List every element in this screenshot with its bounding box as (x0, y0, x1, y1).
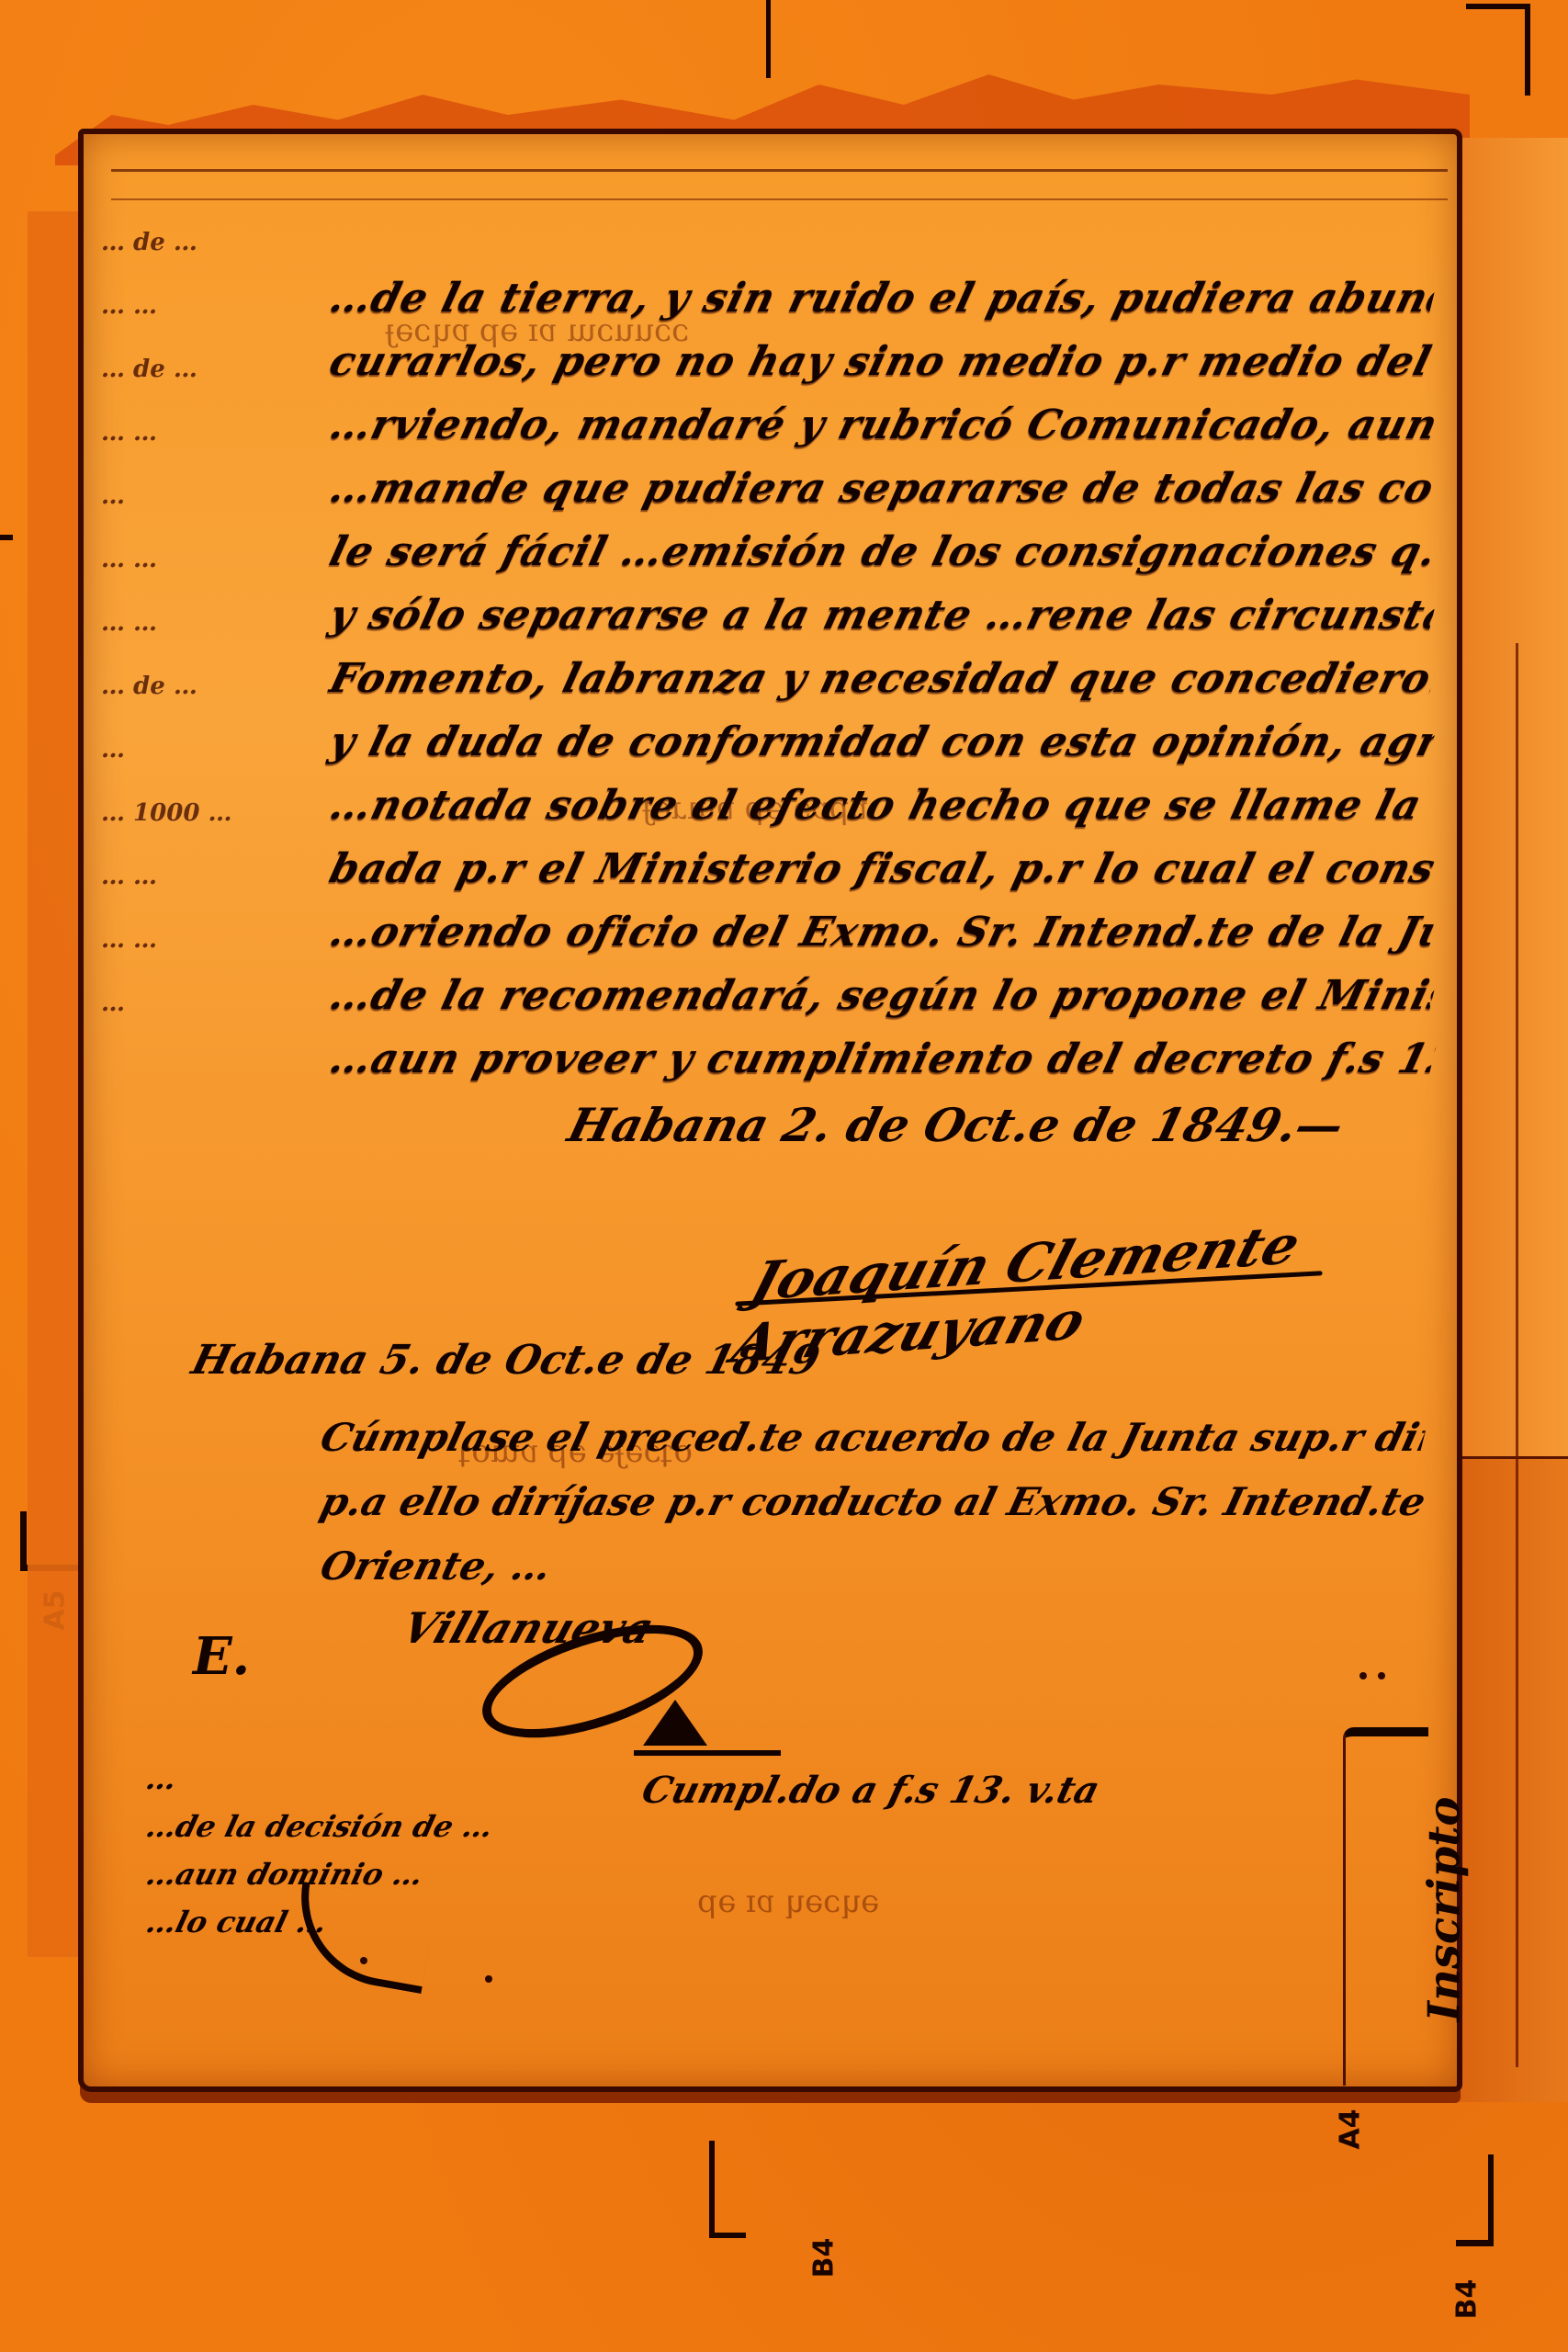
ink-speck (485, 1975, 492, 1983)
manuscript-line: y sólo separarse a la mente …rene las ci… (322, 583, 1440, 647)
faint-mark: … (101, 718, 321, 782)
crop-mark-b4-left-v (709, 2141, 715, 2237)
right-vertical-annotation: Inscripto (1418, 1797, 1470, 2022)
ink-speck (360, 1957, 367, 1964)
crop-mark-b4-right-v (1488, 2154, 1494, 2246)
decree-line: Oriente, … (313, 1534, 1431, 1599)
manuscript-body: …de la tierra, y sin ruido el país, pudi… (331, 266, 1433, 1091)
paraph-underline (634, 1750, 781, 1756)
faint-mark: … … (101, 592, 321, 655)
faint-mark: … … (101, 401, 321, 465)
manuscript-line: le será fácil …emisión de los consignaci… (322, 520, 1440, 583)
faint-mark: … de … (101, 655, 321, 718)
manuscript-line: y la duda de conformidad con esta opinió… (322, 710, 1440, 774)
manuscript-line: bada p.r el Ministerio fiscal, p.r lo cu… (322, 837, 1440, 900)
faint-mark: … … (101, 845, 321, 909)
top-fold-line (111, 169, 1448, 172)
crop-mark-a5-v (20, 1511, 27, 1571)
size-label-b4-left: B4 (807, 2238, 840, 2278)
crop-mark-b4-left-h (709, 2233, 746, 2238)
faint-mark: … … (101, 275, 321, 338)
faint-mark: … de … (101, 338, 321, 401)
faint-mark: … … (101, 528, 321, 592)
top-fold-line-2 (111, 198, 1448, 200)
cumplido-note: Cumpl.do a f.s 13. v.ta (637, 1769, 1104, 1812)
decree-body: Cúmplase el preced.te acuerdo de la Junt… (321, 1406, 1424, 1599)
manuscript-line: …notada sobre el efecto hecho que se lla… (322, 774, 1440, 837)
manuscript-line: …de la recomendará, según lo propone el … (322, 964, 1440, 1027)
manuscript-line: Fomento, labranza y necesidad que conced… (322, 647, 1440, 710)
triangle-paraph-icon (643, 1700, 707, 1746)
size-label-a4: A4 (1335, 2109, 1367, 2149)
dateline-havana-oct-2: Habana 2. de Oct.e de 1849.— (563, 1098, 1349, 1152)
manuscript-line: curarlos, pero no hay sino medio p.r med… (322, 330, 1440, 393)
crop-mark-top-right-v (1525, 4, 1530, 96)
ink-speck (1359, 1672, 1367, 1679)
faint-mark: … de … (101, 211, 321, 275)
decree-line: Cúmplase el preced.te acuerdo de la Junt… (313, 1406, 1431, 1470)
size-label-b4-right: B4 (1450, 2279, 1483, 2320)
rubric-initial: E. (193, 1626, 250, 1687)
manuscript-line: …de la tierra, y sin ruido el país, pudi… (322, 266, 1440, 330)
left-binding-strip (28, 211, 81, 1957)
crop-mark-left-tick (0, 535, 13, 540)
ink-speck (1378, 1672, 1385, 1679)
crop-mark-b4-right-h (1456, 2240, 1493, 2246)
faint-mark: … 1000 … (101, 782, 321, 845)
right-annotation-bracket (1343, 1727, 1428, 2086)
crop-mark-top-center (766, 0, 771, 78)
decree-dateline: Habana 5. de Oct.e de 1849 (187, 1337, 825, 1384)
margin-note-line: …de la decisión de … (141, 1803, 576, 1850)
faint-mark: … (101, 972, 321, 1035)
manuscript-line: …oriendo oficio del Exmo. Sr. Intend.te … (322, 900, 1440, 964)
faint-mark: … (101, 465, 321, 528)
margin-note-line: … (141, 1755, 576, 1803)
manuscript-line: …aun proveer y cumplimiento del decreto … (322, 1027, 1440, 1091)
decree-line: p.a ello diríjase p.r conducto al Exmo. … (313, 1470, 1431, 1534)
faint-mark: … … (101, 909, 321, 972)
manuscript-line: …rviendo, mandaré y rubricó Comunicado, … (322, 393, 1440, 457)
crop-mark-top-right-h (1466, 4, 1530, 9)
left-column-faint-text: … de … … … … de … … … … … … … … … de … …… (101, 211, 321, 1035)
bleed-through-text: ǝɥɔǝɥ ɐɪ ǝp (694, 1883, 883, 1920)
right-sheet-edge-line (1516, 643, 1518, 2067)
manuscript-line: …mande que pudiera separarse de todas la… (322, 457, 1440, 520)
